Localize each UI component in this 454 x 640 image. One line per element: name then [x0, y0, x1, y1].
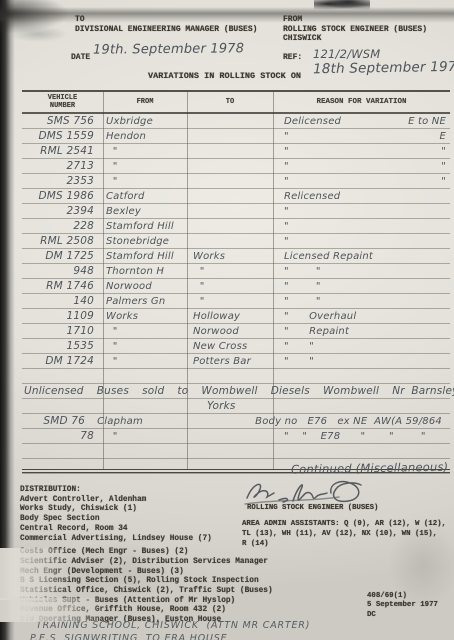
- cell-from: Uxbridge: [103, 115, 187, 128]
- cell-vehicle: 228: [22, 220, 103, 233]
- date-label: DATE: [71, 53, 90, 62]
- reason-text: " ": [284, 265, 321, 278]
- cell-reason: " " E78 " " ": [273, 430, 450, 443]
- district-code: [442, 190, 446, 203]
- header-vehicle-number: VEHICLE NUMBER: [22, 94, 103, 110]
- district-code: E: [435, 130, 446, 143]
- scanned-memo-page: TO DIVISIONAL ENGINEERING MANAGER (BUSES…: [0, 0, 454, 640]
- reason-text: ": [284, 235, 289, 248]
- cell-reason: ": [273, 220, 450, 233]
- continued-note: Continued (Miscellaneous): [291, 460, 450, 477]
- cell-to: New Cross: [187, 340, 273, 353]
- cell-from: ": [103, 430, 187, 443]
- cell-to: ": [187, 265, 273, 278]
- cell-reason: "": [273, 145, 450, 158]
- distribution-line: Works Study, Chiswick (1): [20, 505, 273, 515]
- table-row: [22, 369, 450, 384]
- table-row: 1710 "Norwood" Repaint: [22, 324, 450, 339]
- reason-text: Delicensed: [284, 115, 341, 128]
- reason-text: " Repaint: [284, 325, 349, 338]
- distribution-line: DISTRIBUTION:: [20, 486, 273, 496]
- docref-line: 408/69(1): [367, 592, 438, 601]
- cell-vehicle: DMS 1559: [22, 130, 103, 143]
- ink-smudge: [314, 0, 370, 11]
- district-code: [442, 355, 446, 368]
- cell-to: Potters Bar: [187, 355, 273, 368]
- cell-reason: " ": [273, 355, 450, 368]
- cell-vehicle: 1710: [22, 325, 103, 338]
- district-code: [442, 415, 446, 428]
- reason-text: " ": [284, 355, 314, 368]
- cell-from: Norwood: [103, 280, 187, 293]
- table-row: RM 1746Norwood "" ": [22, 279, 450, 294]
- district-code: [442, 235, 446, 248]
- reason-text: " ": [284, 295, 321, 308]
- table-row: 948Thornton H "" ": [22, 264, 450, 279]
- distribution-line: Commercial Advertising, Lindsey House (7…: [20, 535, 273, 545]
- reason-text: ": [284, 220, 289, 233]
- district-code: [442, 295, 446, 308]
- district-code: [442, 250, 446, 263]
- table-row: Yorks: [22, 399, 450, 414]
- table-row: DM 1724 "Potters Bar" ": [22, 354, 450, 369]
- cell-reason: "E: [273, 130, 450, 143]
- table-row: RML 2541 """: [22, 144, 450, 159]
- faded-area: [0, 548, 70, 600]
- table-row: Continued (Miscellaneous): [22, 459, 450, 474]
- cell-reason: Licensed Repaint: [273, 250, 450, 263]
- distribution-line: Central Record, Room 34: [20, 525, 273, 535]
- cell-from: Thornton H: [103, 265, 187, 278]
- cell-vehicle: RML 2508: [22, 235, 103, 248]
- reason-text: ": [284, 130, 289, 143]
- table-header-row: VEHICLE NUMBER FROM TO REASON FOR VARIAT…: [22, 92, 450, 114]
- clipped-handwritten-note: P.E.S SIGNWRITING TO ERA HOUSE: [30, 633, 227, 640]
- cell-reason: "": [273, 175, 450, 188]
- cell-reason: ": [273, 205, 450, 218]
- header-from: FROM: [103, 98, 187, 106]
- cell-reason: Relicensed: [273, 190, 450, 203]
- header-to: TO: [187, 98, 273, 106]
- table-row: 2353 """: [22, 174, 450, 189]
- reason-text: Licensed Repaint: [284, 250, 373, 263]
- from-value: ROLLING STOCK ENGINEER (BUSES): [283, 25, 427, 34]
- cell-reason: Body no E76 ex NE AW(A 59/864: [244, 415, 450, 428]
- cell-vehicle: 2713: [22, 160, 103, 173]
- table-row: 140Palmers Gn "" ": [22, 294, 450, 309]
- subject-title: VARIATIONS IN ROLLING STOCK ON: [148, 71, 301, 81]
- reason-text: Relicensed: [284, 190, 340, 203]
- cell-to: ": [187, 280, 273, 293]
- cell-vehicle: SMS 756: [22, 115, 103, 128]
- variations-table: VEHICLE NUMBER FROM TO REASON FOR VARIAT…: [22, 90, 450, 473]
- cell-from: ": [103, 325, 187, 338]
- table-row: Unlicensed Buses sold to Wombwell Diesel…: [22, 384, 450, 399]
- reason-text: " " E78 " " ": [284, 430, 426, 443]
- cell-vehicle: 78: [22, 430, 103, 443]
- faded-area: [0, 598, 105, 622]
- cell-from: Works: [103, 310, 187, 323]
- cell-from: ": [103, 355, 187, 368]
- from-label: FROM: [283, 15, 302, 24]
- cell-from: Stamford Hill: [103, 250, 187, 263]
- to-value: DIVISIONAL ENGINEERING MANAGER (BUSES): [75, 25, 257, 34]
- district-code: ": [437, 145, 446, 158]
- reason-text: ": [284, 205, 289, 218]
- cell-vehicle: 948: [22, 265, 103, 278]
- cell-vehicle: 1535: [22, 340, 103, 353]
- cell-from: ": [103, 145, 187, 158]
- cell-from: ": [103, 340, 187, 353]
- cell-vehicle: RM 1746: [22, 280, 103, 293]
- distribution-line: Advert Controller, Aldenham: [20, 496, 273, 506]
- cell-reason: " ": [273, 265, 450, 278]
- cell-vehicle: 140: [22, 295, 103, 308]
- table-row: SMS 756UxbridgeDelicensedE to NE: [22, 114, 450, 129]
- district-code: [442, 340, 446, 353]
- cell-from: Stamford Hill: [103, 220, 187, 233]
- district-code: E to NE: [404, 115, 446, 128]
- district-code: [442, 325, 446, 338]
- cell-reason: " ": [273, 340, 450, 353]
- variation-table-body: SMS 756UxbridgeDelicensedE to NEDMS 1559…: [22, 114, 450, 474]
- district-code: ": [437, 160, 446, 173]
- spanning-entry: Yorks: [22, 400, 236, 413]
- cell-to: Works: [187, 250, 273, 263]
- ref-label: REF:: [283, 53, 302, 62]
- table-row: 1535 "New Cross" ": [22, 339, 450, 354]
- table-row: 78 "" " E78 " " ": [22, 429, 450, 444]
- binding-shadow: [0, 0, 15, 640]
- district-code: [442, 220, 446, 233]
- date-handwritten: 19th. September 1978: [93, 41, 244, 57]
- cell-reason: "": [273, 160, 450, 173]
- cell-reason: ": [273, 235, 450, 248]
- cell-from: Clapham: [94, 415, 168, 428]
- table-row: 2394Bexley": [22, 204, 450, 219]
- distribution-line: Body Spec Section: [20, 515, 273, 525]
- cell-vehicle: RML 2541: [22, 145, 103, 158]
- docref-line: 5 September 1977: [367, 601, 438, 610]
- district-code: [442, 205, 446, 218]
- reason-text: ": [284, 175, 289, 188]
- reason-text: " Overhaul: [284, 310, 356, 323]
- spanning-entry: Unlicensed Buses sold to Wombwell Diesel…: [22, 385, 454, 398]
- subject-date-handwritten: 18th September 1978: [313, 59, 454, 78]
- district-code: [442, 430, 446, 443]
- table-row: DMS 1559Hendon"E: [22, 129, 450, 144]
- table-row: 2713 """: [22, 159, 450, 174]
- cell-to: ": [187, 295, 273, 308]
- cell-reason: " Overhaul: [273, 310, 450, 323]
- table-row: SMD 76ClaphamBody no E76 ex NE AW(A 59/8…: [22, 414, 450, 429]
- cell-reason: " Repaint: [273, 325, 450, 338]
- cell-from: Palmers Gn: [103, 295, 187, 308]
- district-code: [442, 265, 446, 278]
- cell-vehicle: 2353: [22, 175, 103, 188]
- district-code: ": [437, 175, 446, 188]
- cell-from: ": [103, 175, 187, 188]
- cell-vehicle: DM 1725: [22, 250, 103, 263]
- cell-vehicle: DMS 1986: [22, 190, 103, 203]
- cell-reason: " ": [273, 295, 450, 308]
- header-reason: REASON FOR VARIATION: [273, 98, 450, 106]
- table-row: [22, 444, 450, 459]
- from-location: CHISWICK: [283, 34, 321, 43]
- cell-reason: " ": [273, 280, 450, 293]
- cell-vehicle: DM 1724: [22, 355, 103, 368]
- reason-text: Body no E76 ex NE AW(A 59/864: [255, 415, 442, 428]
- table-row: 228Stamford Hill": [22, 219, 450, 234]
- cell-vehicle: SMD 76: [22, 415, 94, 428]
- district-code: [442, 310, 446, 323]
- cell-reason: DelicensedE to NE: [273, 115, 450, 128]
- docref-line: DC: [367, 611, 438, 620]
- cell-from: Catford: [103, 190, 187, 203]
- pencil-smudge: [8, 26, 68, 42]
- reason-text: ": [284, 160, 289, 173]
- table-row: 1109WorksHolloway" Overhaul: [22, 309, 450, 324]
- cell-from: ": [103, 160, 187, 173]
- reason-text: " ": [284, 340, 314, 353]
- ref-handwritten: 121/2/WSM: [313, 47, 380, 61]
- cell-to: Norwood: [187, 325, 273, 338]
- table-row: DMS 1986CatfordRelicensed: [22, 189, 450, 204]
- table-row: RML 2508Stonebridge": [22, 234, 450, 249]
- cell-from: Bexley: [103, 205, 187, 218]
- district-code: [442, 280, 446, 293]
- table-row: DM 1725Stamford HillWorksLicensed Repain…: [22, 249, 450, 264]
- doc-reference: 408/69(1)5 September 1977DC: [367, 592, 438, 620]
- cell-to: Holloway: [187, 310, 273, 323]
- to-label: TO: [75, 15, 85, 24]
- cell-vehicle: 1109: [22, 310, 103, 323]
- reason-text: ": [284, 145, 289, 158]
- cell-from: Stonebridge: [103, 235, 187, 248]
- cell-from: Hendon: [103, 130, 187, 143]
- reason-text: " ": [284, 280, 321, 293]
- cell-vehicle: 2394: [22, 205, 103, 218]
